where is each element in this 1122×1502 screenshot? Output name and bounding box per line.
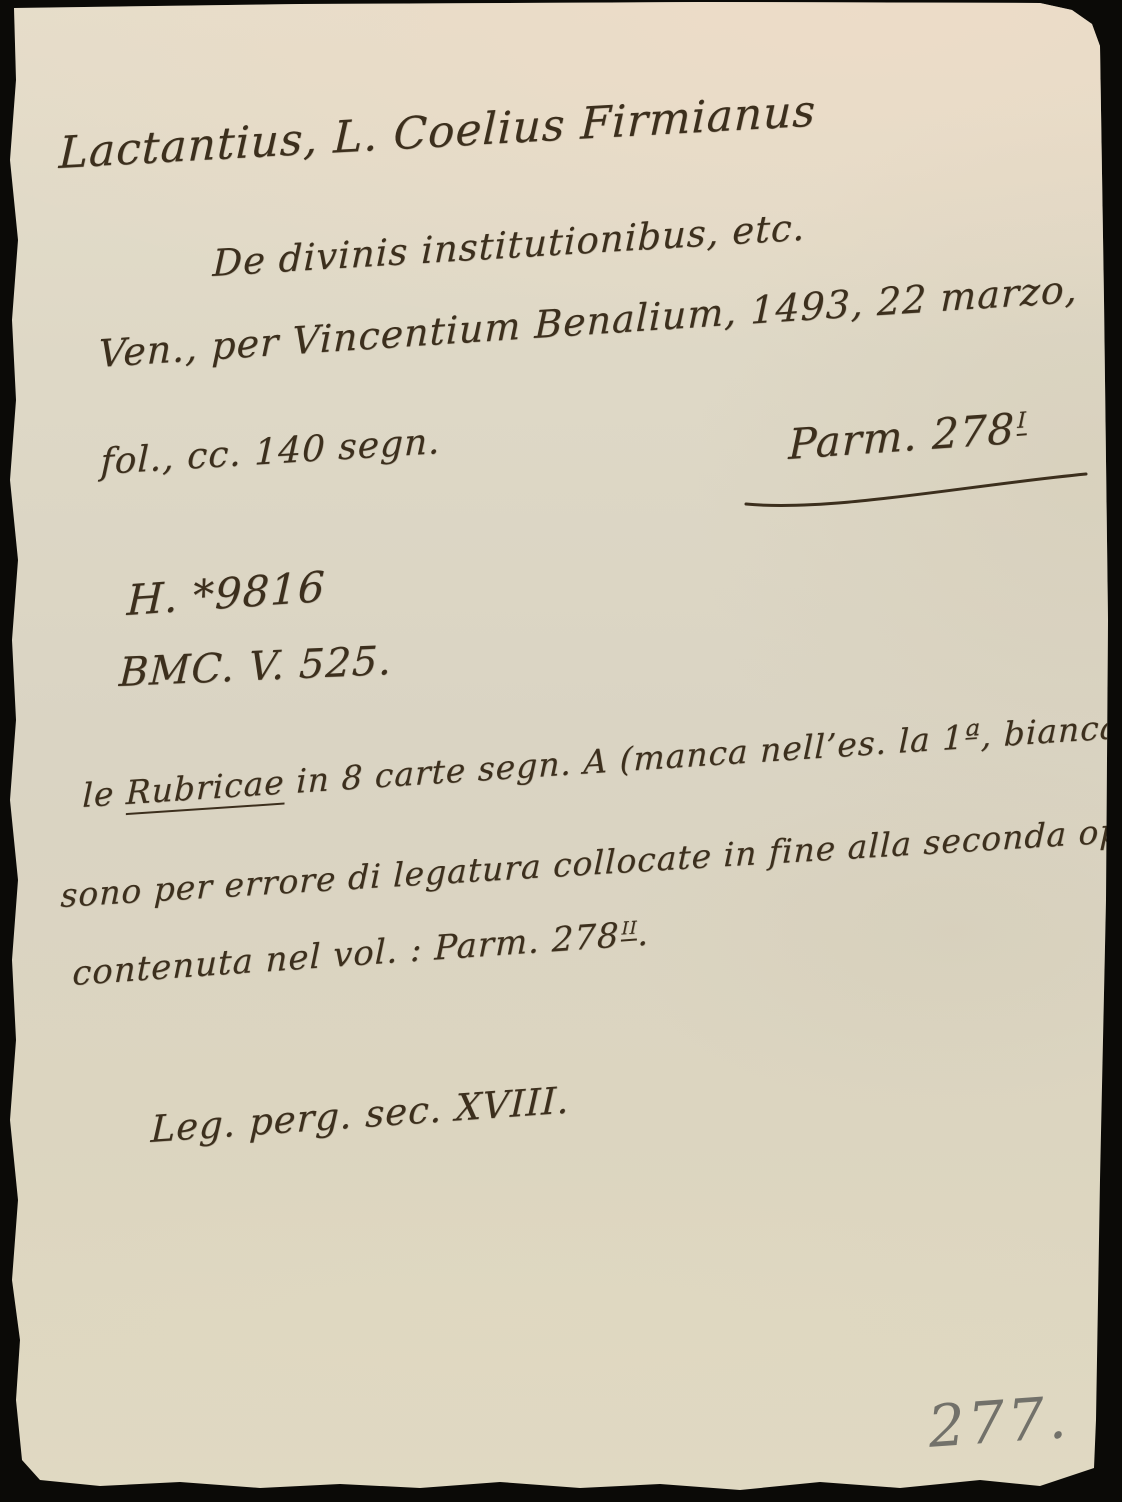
shelfmark-superscript: I <box>1017 408 1027 436</box>
shelfmark-underline <box>742 468 1090 516</box>
note-line-1-post: in 8 carte segn. A (manca nell’es. la 1ª… <box>284 706 1122 802</box>
scanner-background: Lactantius, L. Coelius Firmianus De divi… <box>0 0 1122 1502</box>
shelfmark: Parm. 278I <box>788 403 1027 469</box>
work-title: De divinis institutionibus, etc. <box>212 206 806 285</box>
note-line-1-underlined-word: Rubricae <box>125 762 285 815</box>
bmc-reference: BMC. V. 525. <box>118 638 393 696</box>
binding-note: Leg. perg. sec. XVIII. <box>150 1078 570 1151</box>
author-heading: Lactantius, L. Coelius Firmianus <box>58 85 817 179</box>
note-line-3-period: . <box>637 914 649 955</box>
note-line-2: sono per errore di legatura collocate in… <box>60 807 1122 915</box>
shelfmark-text: Parm. 278 <box>788 404 1015 469</box>
note-line-3-text: contenuta nel vol. : Parm. 278 <box>72 916 620 994</box>
note-line-3-superscript: II <box>621 918 637 941</box>
imprint-line: Ven., per Vincentium Benalium, 1493, 22 … <box>98 267 1078 376</box>
paper: Lactantius, L. Coelius Firmianus De divi… <box>0 0 1122 1502</box>
note-line-1: le Rubricae in 8 carte segn. A (manca ne… <box>82 706 1122 815</box>
note-line-1-pre: le <box>82 773 126 815</box>
page-number-pencil: 277. <box>926 1383 1072 1461</box>
note-line-3: contenuta nel vol. : Parm. 278II. <box>72 914 650 994</box>
hain-reference: H. *9816 <box>126 562 326 625</box>
collation-line: fol., cc. 140 segn. <box>100 421 441 483</box>
